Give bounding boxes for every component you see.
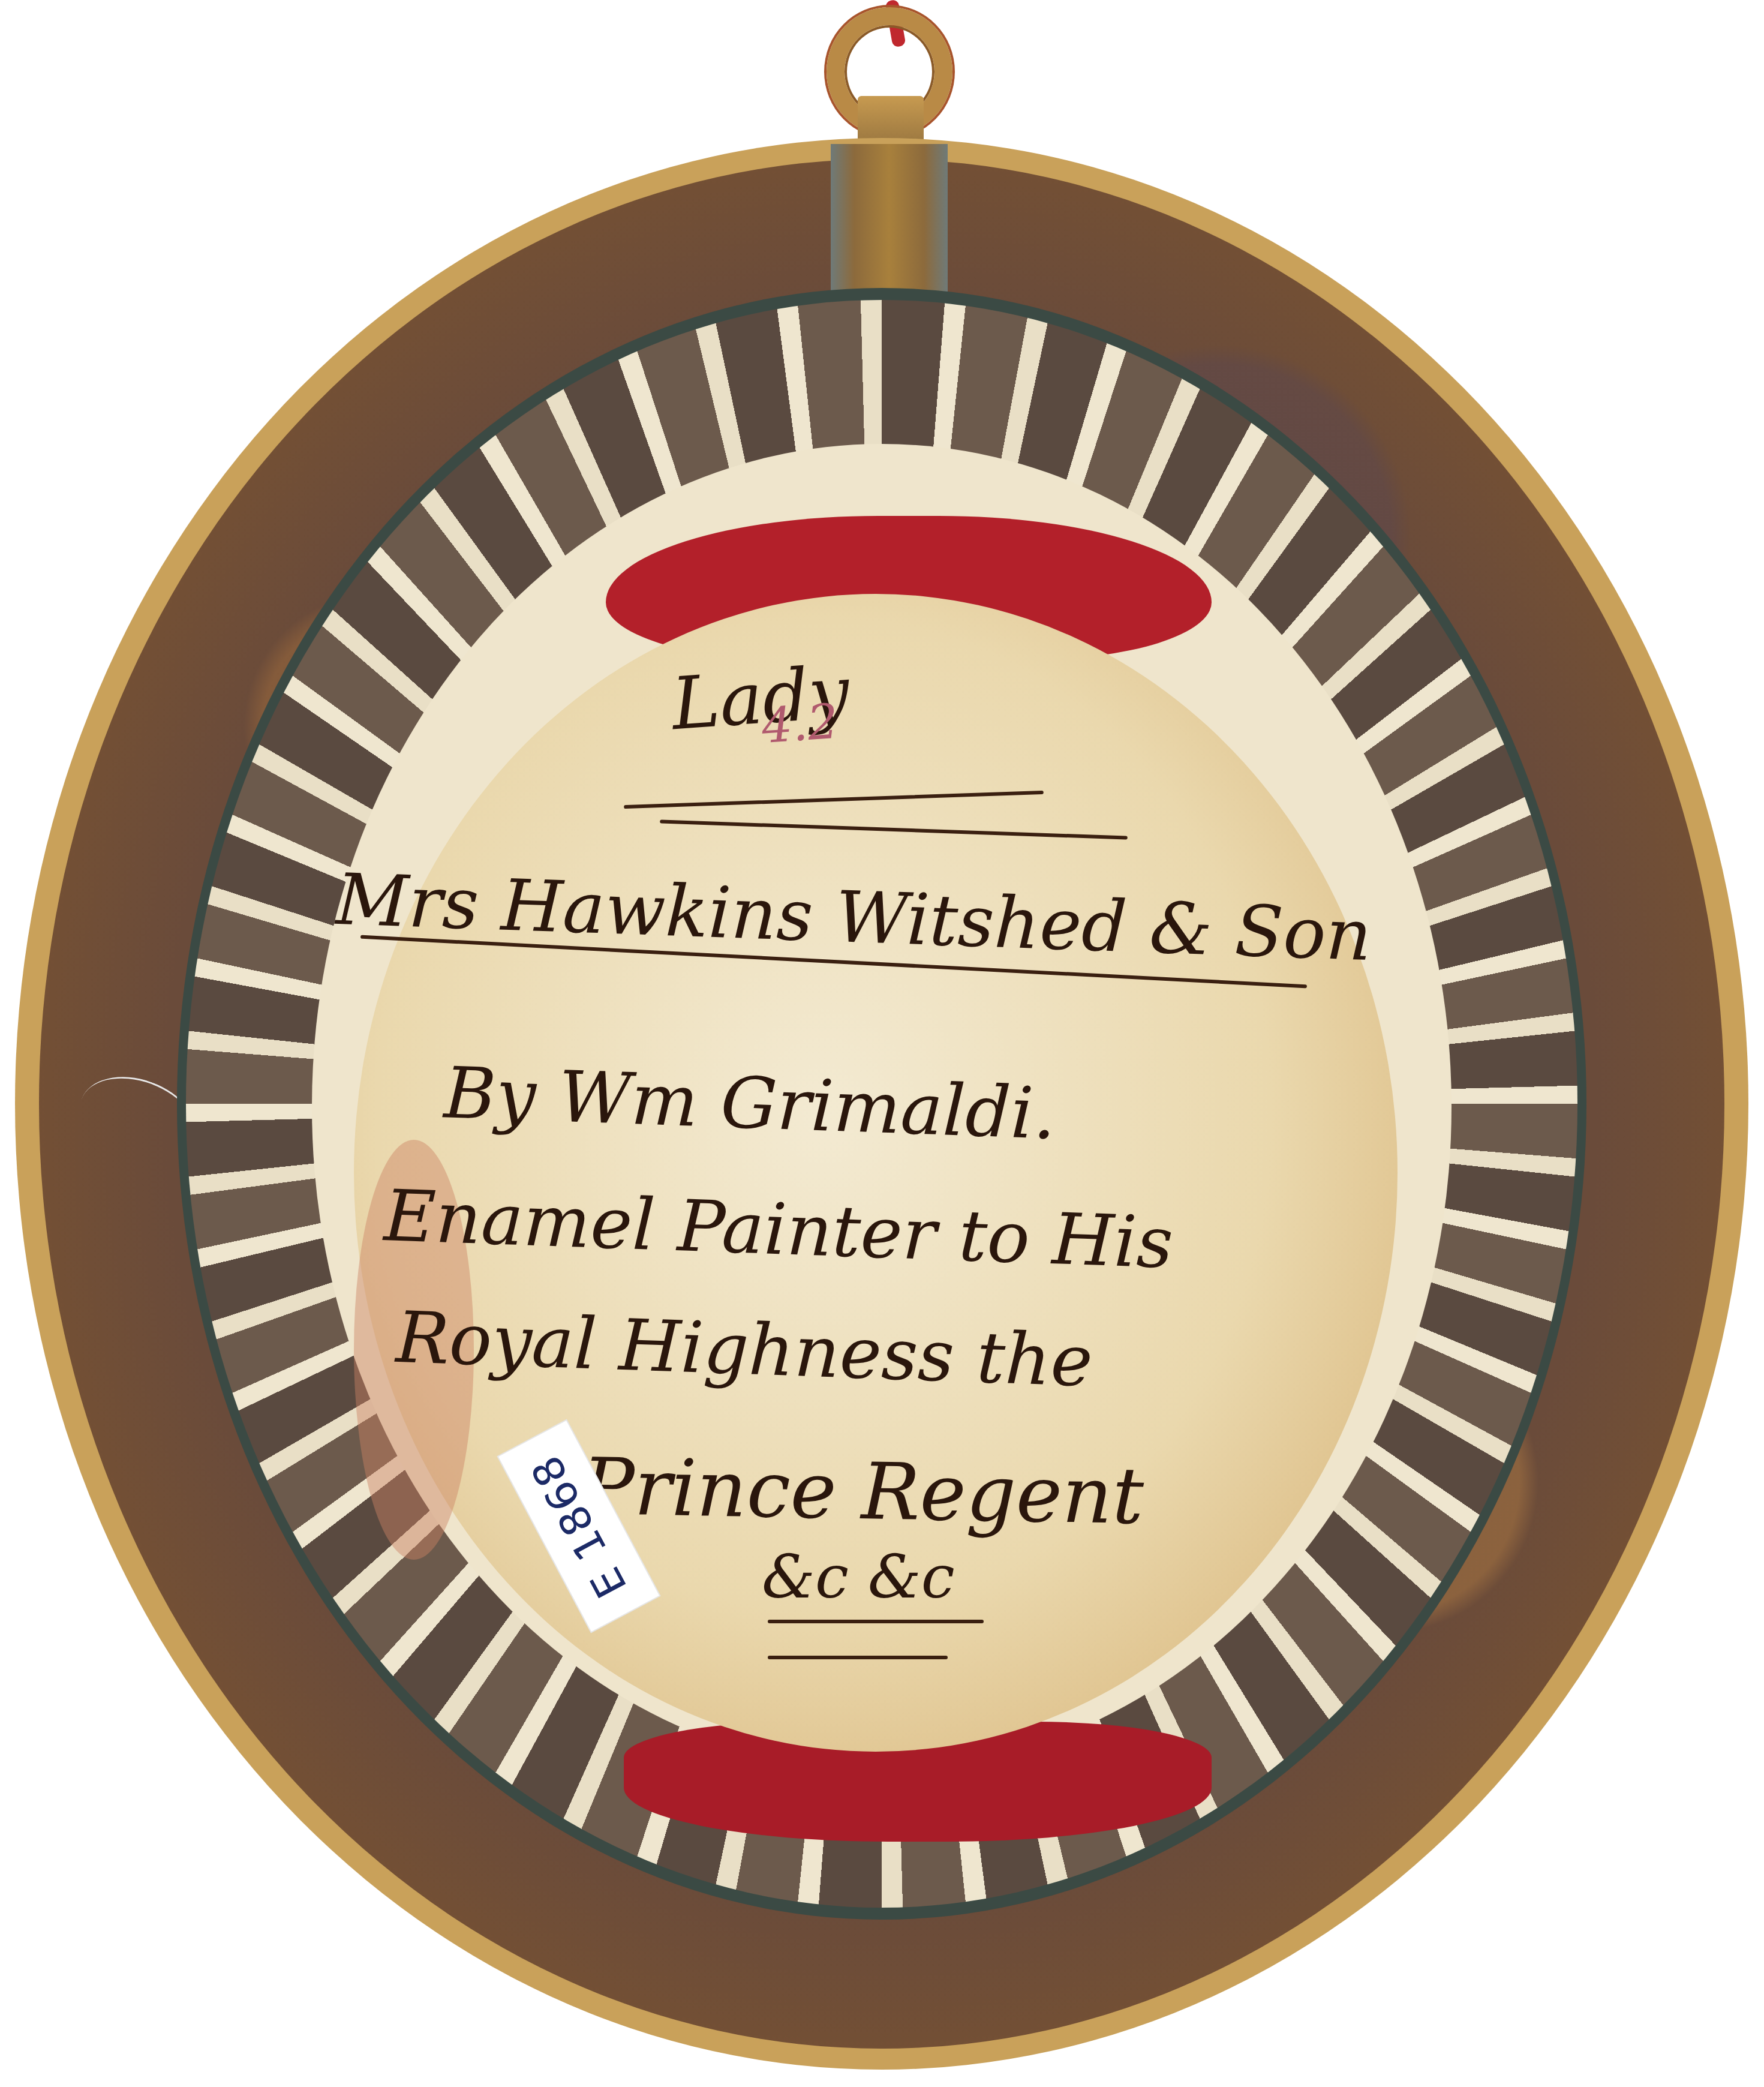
hanging-strap xyxy=(831,144,948,294)
inscription-line-7: &c &c xyxy=(762,1542,955,1612)
pencil-number: 4.2 xyxy=(760,693,840,755)
underline-5 xyxy=(768,1656,948,1659)
photo-stage: Lady 4.2 Mrs Hawkins Witshed & Son By Wm… xyxy=(0,0,1764,2087)
inscription-line-6: Prince Regent xyxy=(581,1441,1144,1542)
underline-4 xyxy=(768,1620,984,1623)
